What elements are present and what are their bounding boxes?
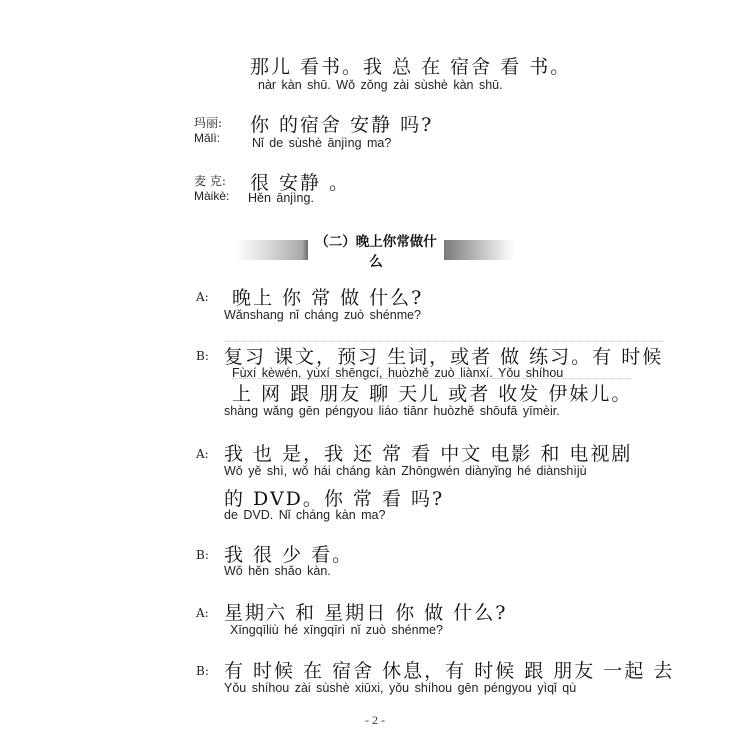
dialogue-hanzi: 复习 课文，预习 生词，或者 做 练习。有 时候 [224,341,663,369]
dialogue-hanzi: 我 也 是，我 还 常 看 中文 电影 和 电视剧 [224,439,632,466]
speaker-a: A: [196,290,209,304]
header-bar-left [236,240,308,260]
speaker-a: A: [196,447,209,461]
dialogue-hanzi: 晚上 你 常 做 什么? [232,283,423,310]
dialogue-pinyin: shàng wǎng gēn péngyou liáo tiānr huòzhě… [224,404,560,418]
dialogue-pinyin: Xīngqīliù hé xīngqīrì nǐ zuò shénme? [230,623,443,637]
maike-line-pinyin: Hěn ānjìng. [248,191,314,205]
dialogue-hanzi: 的 DVD。你 常 看 吗? [224,484,444,511]
dialogue-hanzi: 上 网 跟 朋友 聊 天儿 或者 收发 伊妹儿。 [232,378,632,406]
dialogue-pinyin: Wǒ yě shì, wǒ hái cháng kàn Zhōngwén dià… [224,464,587,478]
dialogue-hanzi: 星期六 和 星期日 你 做 什么? [224,598,507,625]
continuation-pinyin: nàr kàn shū. Wǒ zǒng zài sùshè kàn shū. [258,78,503,92]
section-title: （二）晚上你常做什么 [308,230,444,270]
mali-line-hanzi: 你 的宿舍 安静 吗? [250,110,433,137]
speaker-b: B: [196,349,209,363]
dialogue-pinyin: Wǎnshang nǐ cháng zuò shénme? [224,308,421,322]
speaker-maike-hanzi: 麦 克: [194,172,226,189]
dialogue-pinyin: de DVD. Nǐ cháng kàn ma? [224,508,385,522]
speaker-maike-pinyin: Màikè: [194,189,229,203]
section-header: （二）晚上你常做什么 [236,238,514,262]
mali-line-pinyin: Nǐ de sùshè ānjìng ma? [252,136,391,150]
page-number: - 2 - [0,713,750,728]
dialogue-pinyin: Yǒu shíhou zài sùshè xiūxi, yǒu shíhou g… [224,681,576,695]
speaker-mali-hanzi: 玛丽: [194,114,222,131]
dialogue-hanzi: 有 时候 在 宿舍 休息，有 时候 跟 朋友 一起 去 [224,656,674,683]
speaker-mali-pinyin: Mǎlì: [194,131,220,145]
continuation-hanzi: 那儿 看书。我 总 在 宿舍 看 书。 [250,52,571,79]
speaker-b: B: [196,664,209,678]
dialogue-pinyin: Wǒ hěn shǎo kàn. [224,564,331,578]
dialogue-hanzi: 我 很 少 看。 [224,540,353,567]
textbook-page: 那儿 看书。我 总 在 宿舍 看 书。 nàr kàn shū. Wǒ zǒng… [0,0,750,750]
header-bar-right [444,240,514,260]
speaker-a: A: [196,606,209,620]
speaker-b: B: [196,548,209,562]
